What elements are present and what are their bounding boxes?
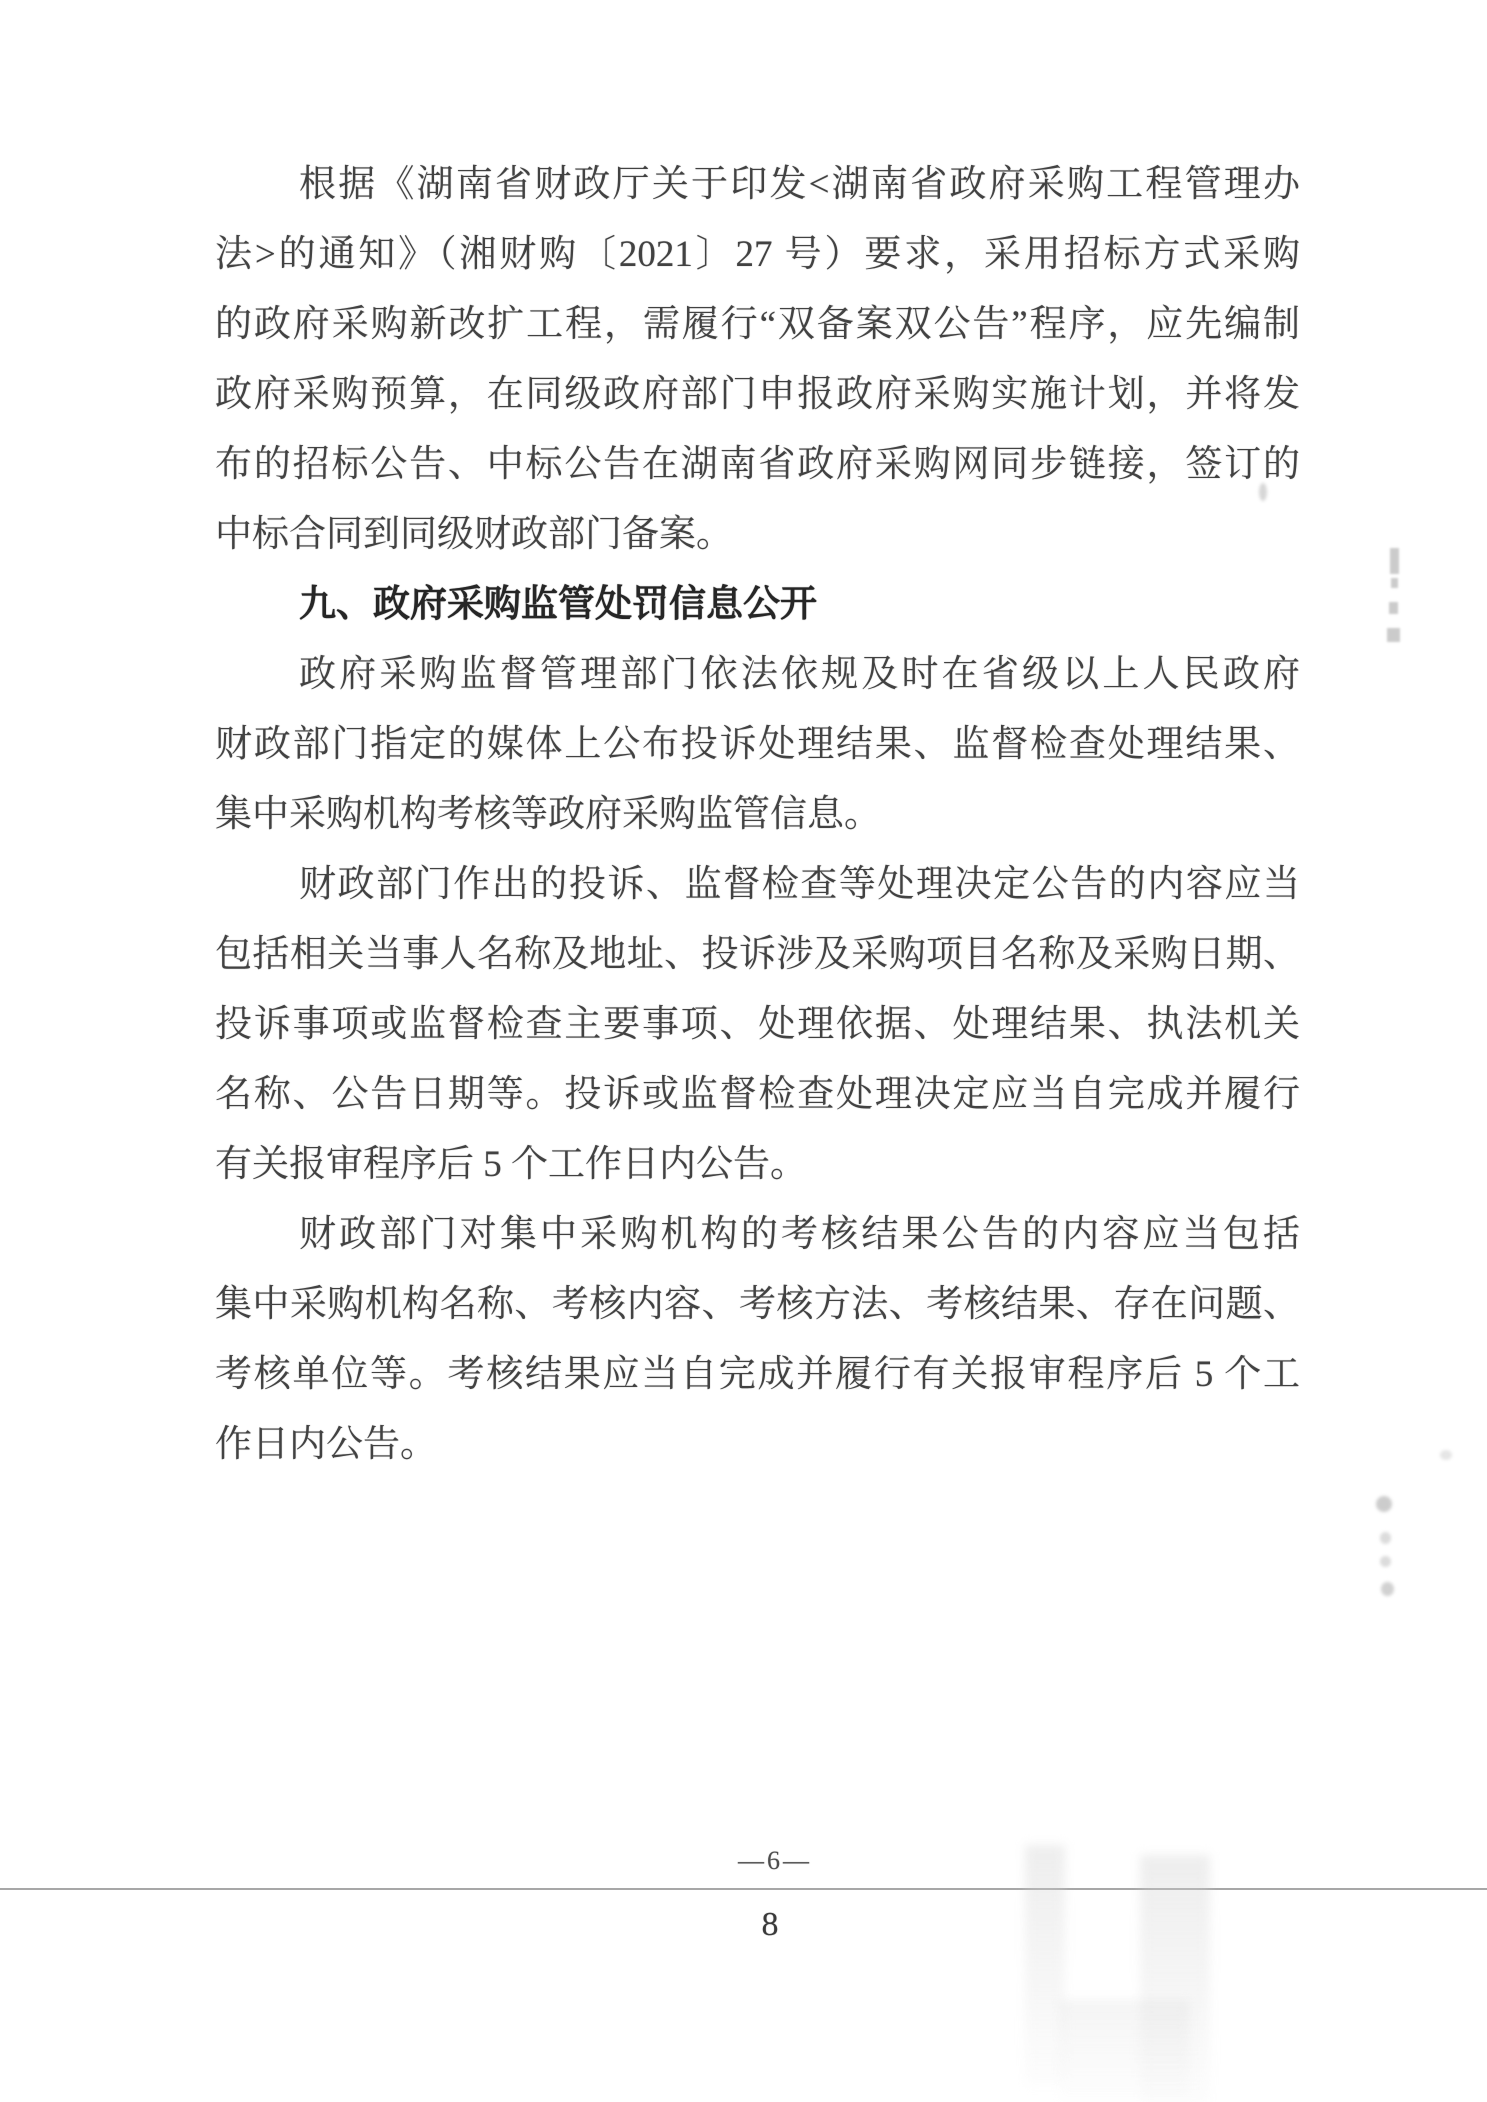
paragraph4-line-4: 作日内公告。 (215, 1410, 1300, 1480)
paragraph2-line-3: 集中采购机构考核等政府采购监管信息。 (215, 780, 1300, 850)
paragraph1-line-3: 的政府采购新改扩工程，需履行“双备案双公告”程序，应先编制 (215, 290, 1300, 360)
scan-artifact (1390, 548, 1399, 574)
paragraph1-line-2: 法>的通知》（湘财购〔2021〕27 号）要求，采用招标方式采购 (215, 220, 1300, 290)
scan-smudge (1025, 1845, 1065, 2085)
paragraph4-line-3: 考核单位等。考核结果应当自完成并履行有关报审程序后 5 个工 (215, 1340, 1300, 1410)
section-heading: 九、政府采购监管处罚信息公开 (215, 570, 1300, 640)
scan-artifact (1376, 1496, 1392, 1512)
document-body: 根据《湖南省财政厅关于印发<湖南省政府采购工程管理办 法>的通知》（湘财购〔20… (215, 150, 1300, 1480)
paragraph3-line-4: 名称、公告日期等。投诉或监督检查处理决定应当自完成并履行 (215, 1060, 1300, 1130)
paragraph1-line-5: 布的招标公告、中标公告在湖南省政府采购网同步链接，签订的 (215, 430, 1300, 500)
scan-artifact (1389, 602, 1398, 614)
paragraph2-line-2: 财政部门指定的媒体上公布投诉处理结果、监督检查处理结果、 (215, 710, 1300, 780)
paragraph3-line-5: 有关报审程序后 5 个工作日内公告。 (215, 1130, 1300, 1200)
scan-artifact (1259, 483, 1267, 501)
footer-divider-line (0, 1888, 1487, 1890)
paragraph1-line-6: 中标合同到同级财政部门备案。 (215, 500, 1300, 570)
paragraph3-line-2: 包括相关当事人名称及地址、投诉涉及采购项目名称及采购日期、 (215, 920, 1300, 990)
paragraph1-line-1: 根据《湖南省财政厅关于印发<湖南省政府采购工程管理办 (215, 150, 1300, 220)
scan-smudge (1060, 2000, 1190, 2100)
scan-artifact (1440, 1450, 1452, 1460)
scanned-document-page: 根据《湖南省财政厅关于印发<湖南省政府采购工程管理办 法>的通知》（湘财购〔20… (0, 0, 1487, 2102)
paragraph4-line-2: 集中采购机构名称、考核内容、考核方法、考核结果、存在问题、 (215, 1270, 1300, 1340)
scan-artifact (1380, 1556, 1391, 1567)
page-number: 8 (685, 1906, 855, 1944)
paragraph3-line-1: 财政部门作出的投诉、监督检查等处理决定公告的内容应当 (215, 850, 1300, 920)
paragraph2-line-1: 政府采购监督管理部门依法依规及时在省级以上人民政府 (215, 640, 1300, 710)
paragraph1-line-4: 政府采购预算，在同级政府部门申报政府采购实施计划，并将发 (215, 360, 1300, 430)
inner-page-number: —6— (690, 1846, 860, 1876)
scan-artifact (1387, 628, 1400, 642)
paragraph4-line-1: 财政部门对集中采购机构的考核结果公告的内容应当包括 (215, 1200, 1300, 1270)
scan-artifact (1391, 578, 1398, 588)
scan-artifact (1380, 1532, 1391, 1544)
scan-artifact (1381, 1582, 1394, 1596)
paragraph3-line-3: 投诉事项或监督检查主要事项、处理依据、处理结果、执法机关 (215, 990, 1300, 1060)
